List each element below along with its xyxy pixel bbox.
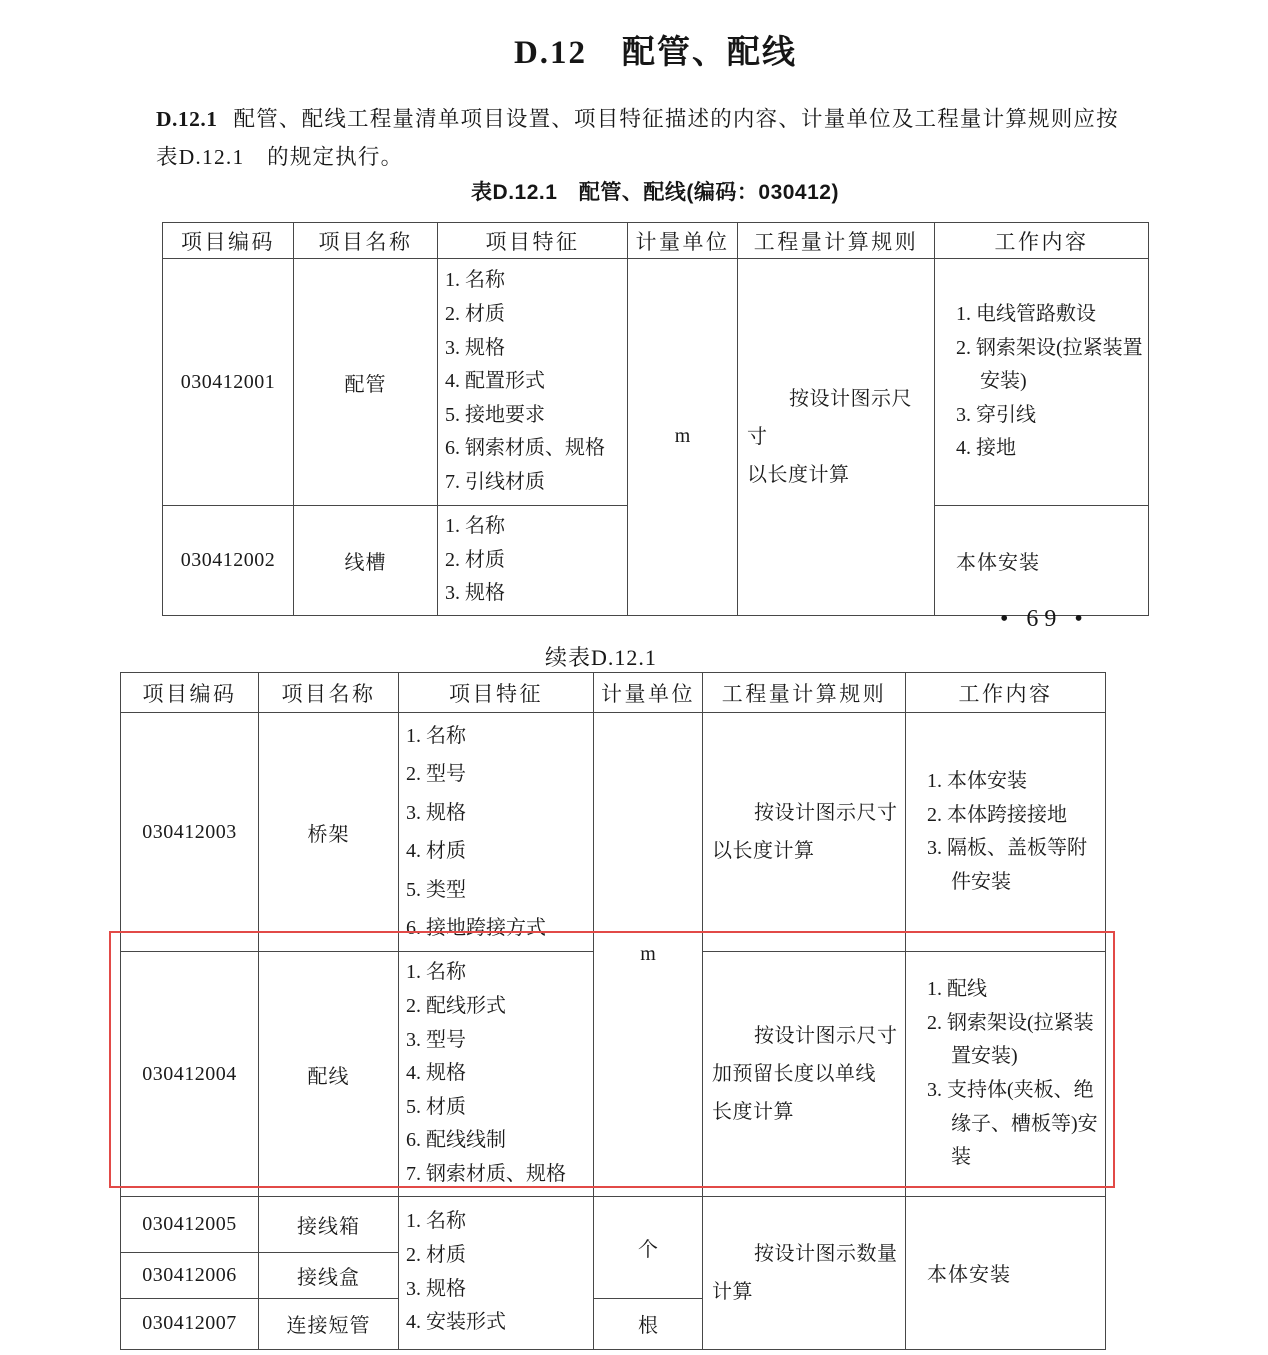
table1-header-row: 项目编码 项目名称 项目特征 计量单位 工程量计算规则 工作内容 bbox=[163, 223, 1149, 259]
col-header-project-features: 项目特征 bbox=[438, 223, 628, 259]
table1-caption: 表D.12.1 配管、配线(编码：030412) bbox=[162, 176, 1148, 206]
list-item: 3. 隔板、盖板等附件安装 bbox=[927, 832, 1103, 899]
page-title: D.12 配管、配线 bbox=[158, 26, 1153, 73]
list-item: 5. 类型 bbox=[406, 871, 591, 909]
cell-unit: 根 bbox=[594, 1298, 703, 1349]
cell-project-features: 1. 名称2. 材质3. 规格 bbox=[438, 506, 628, 616]
list-item: 6. 接地跨接方式 bbox=[406, 909, 591, 947]
list-item: 7. 钢索材质、规格 bbox=[406, 1158, 591, 1192]
cell-project-name: 连接短管 bbox=[259, 1298, 399, 1349]
calc-rule-text: 按设计图示尺寸 以长度计算 bbox=[738, 380, 934, 494]
cell-project-name: 配线 bbox=[259, 952, 399, 1196]
col-header-project-name: 项目名称 bbox=[294, 223, 438, 259]
col-header-project-code: 项目编码 bbox=[121, 673, 259, 713]
list-item: 3. 规格 bbox=[406, 794, 591, 832]
cell-project-code: 030412001 bbox=[163, 259, 294, 506]
list-item: 2. 钢索架设(拉紧装置安装) bbox=[927, 1007, 1103, 1074]
list-item: 2. 材质 bbox=[445, 544, 625, 578]
list-item: 3. 规格 bbox=[445, 332, 625, 366]
list-item: 4. 规格 bbox=[406, 1057, 591, 1091]
cell-calc-rule: 按设计图示尺寸 以长度计算 bbox=[703, 713, 906, 952]
list-item: 2. 材质 bbox=[406, 1239, 591, 1273]
features-list: 1. 名称2. 配线形式3. 型号4. 规格5. 材质6. 配线线制7. 钢索材… bbox=[399, 952, 593, 1195]
cell-calc-rule: 按设计图示数量 计算 bbox=[703, 1196, 906, 1349]
table1-row-030412001: 030412001 配管 1. 名称2. 材质3. 规格4. 配置形式5. 接地… bbox=[163, 259, 1149, 506]
cell-project-features: 1. 名称2. 配线形式3. 型号4. 规格5. 材质6. 配线线制7. 钢索材… bbox=[399, 952, 594, 1196]
work-list: 1. 本体安装2. 本体跨接接地3. 隔板、盖板等附件安装 bbox=[906, 761, 1105, 903]
cell-unit: m bbox=[628, 259, 738, 616]
list-item: 3. 穿引线 bbox=[956, 399, 1146, 433]
work-list: 1. 电线管路敷设2. 钢索架设(拉紧装置安装)3. 穿引线4. 接地 bbox=[935, 294, 1148, 470]
list-item: 1. 配线 bbox=[927, 973, 1103, 1007]
list-item: 2. 本体跨接接地 bbox=[927, 799, 1103, 833]
list-item: 3. 规格 bbox=[406, 1273, 591, 1307]
table-peiguan-peixian-continued: 项目编码 项目名称 项目特征 计量单位 工程量计算规则 工作内容 0304120… bbox=[120, 672, 1106, 1350]
cell-calc-rule: 按设计图示尺寸 以长度计算 bbox=[738, 259, 935, 616]
list-item: 5. 材质 bbox=[406, 1091, 591, 1125]
page-number: • 69 • bbox=[1000, 606, 1150, 633]
cell-project-code: 030412003 bbox=[121, 713, 259, 952]
col-header-work-content: 工作内容 bbox=[935, 223, 1149, 259]
cell-calc-rule: 按设计图示尺寸 加预留长度以单线 长度计算 bbox=[703, 952, 906, 1196]
cell-project-code: 030412006 bbox=[121, 1252, 259, 1298]
clause-number: D.12.1 bbox=[156, 107, 218, 131]
list-item: 1. 名称 bbox=[445, 264, 625, 298]
features-list: 1. 名称2. 材质3. 规格 bbox=[438, 506, 627, 615]
cell-work-content: 本体安装 bbox=[935, 506, 1149, 616]
cell-project-name: 接线箱 bbox=[259, 1196, 399, 1252]
list-item: 2. 钢索架设(拉紧装置安装) bbox=[956, 332, 1146, 399]
table-peiguan-peixian: 项目编码 项目名称 项目特征 计量单位 工程量计算规则 工作内容 0304120… bbox=[162, 222, 1149, 616]
list-item: 1. 名称 bbox=[445, 510, 625, 544]
features-list: 1. 名称2. 材质3. 规格4. 安装形式 bbox=[399, 1201, 593, 1343]
clause-paragraph: D.12.1配管、配线工程量清单项目设置、项目特征描述的内容、计量单位及工程量计… bbox=[156, 100, 1153, 176]
table2-header-row: 项目编码 项目名称 项目特征 计量单位 工程量计算规则 工作内容 bbox=[121, 673, 1106, 713]
table2-caption: 续表D.12.1 bbox=[545, 641, 657, 672]
cell-unit: m bbox=[594, 713, 703, 1197]
cell-project-name: 桥架 bbox=[259, 713, 399, 952]
col-header-project-features: 项目特征 bbox=[399, 673, 594, 713]
calc-rule-text: 按设计图示尺寸 以长度计算 bbox=[703, 794, 905, 870]
cell-project-name: 线槽 bbox=[294, 506, 438, 616]
list-item: 1. 名称 bbox=[406, 717, 591, 755]
cell-unit: 个 bbox=[594, 1196, 703, 1298]
calc-rule-text: 按设计图示数量 计算 bbox=[703, 1235, 905, 1311]
list-item: 4. 材质 bbox=[406, 832, 591, 870]
col-header-calc-rule: 工程量计算规则 bbox=[703, 673, 906, 713]
work-list: 1. 配线2. 钢索架设(拉紧装置安装)3. 支持体(夹板、绝缘子、槽板等)安装 bbox=[906, 969, 1105, 1179]
list-item: 6. 钢索材质、规格 bbox=[445, 432, 625, 466]
clause-text: 配管、配线工程量清单项目设置、项目特征描述的内容、计量单位及工程量计算规则应按 … bbox=[156, 107, 1119, 169]
list-item: 1. 名称 bbox=[406, 1205, 591, 1239]
list-item: 4. 接地 bbox=[956, 432, 1146, 466]
list-item: 3. 型号 bbox=[406, 1024, 591, 1058]
cell-project-code: 030412004 bbox=[121, 952, 259, 1196]
cell-work-content: 本体安装 bbox=[906, 1196, 1106, 1349]
list-item: 5. 接地要求 bbox=[445, 399, 625, 433]
list-item: 3. 规格 bbox=[445, 577, 625, 611]
col-header-work-content: 工作内容 bbox=[906, 673, 1106, 713]
list-item: 7. 引线材质 bbox=[445, 466, 625, 500]
col-header-project-code: 项目编码 bbox=[163, 223, 294, 259]
features-list: 1. 名称2. 型号3. 规格4. 材质5. 类型6. 接地跨接方式 bbox=[399, 713, 593, 951]
list-item: 4. 安装形式 bbox=[406, 1306, 591, 1340]
document-page: D.12 配管、配线 D.12.1配管、配线工程量清单项目设置、项目特征描述的内… bbox=[0, 0, 1268, 1355]
col-header-project-name: 项目名称 bbox=[259, 673, 399, 713]
features-list: 1. 名称2. 材质3. 规格4. 配置形式5. 接地要求6. 钢索材质、规格7… bbox=[438, 260, 627, 503]
cell-work-content: 1. 本体安装2. 本体跨接接地3. 隔板、盖板等附件安装 bbox=[906, 713, 1106, 952]
cell-project-code: 030412002 bbox=[163, 506, 294, 616]
cell-project-code: 030412005 bbox=[121, 1196, 259, 1252]
list-item: 1. 本体安装 bbox=[927, 765, 1103, 799]
table2-row-030412003: 030412003 桥架 1. 名称2. 型号3. 规格4. 材质5. 类型6.… bbox=[121, 713, 1106, 952]
list-item: 1. 名称 bbox=[406, 956, 591, 990]
list-item: 2. 型号 bbox=[406, 755, 591, 793]
cell-work-content: 1. 配线2. 钢索架设(拉紧装置安装)3. 支持体(夹板、绝缘子、槽板等)安装 bbox=[906, 952, 1106, 1196]
cell-project-features: 1. 名称2. 材质3. 规格4. 安装形式 bbox=[399, 1196, 594, 1349]
cell-project-name: 配管 bbox=[294, 259, 438, 506]
col-header-unit: 计量单位 bbox=[594, 673, 703, 713]
cell-project-features: 1. 名称2. 型号3. 规格4. 材质5. 类型6. 接地跨接方式 bbox=[399, 713, 594, 952]
cell-project-name: 接线盒 bbox=[259, 1252, 399, 1298]
cell-project-features: 1. 名称2. 材质3. 规格4. 配置形式5. 接地要求6. 钢索材质、规格7… bbox=[438, 259, 628, 506]
col-header-calc-rule: 工程量计算规则 bbox=[738, 223, 935, 259]
col-header-unit: 计量单位 bbox=[628, 223, 738, 259]
calc-rule-text: 按设计图示尺寸 加预留长度以单线 长度计算 bbox=[703, 1017, 905, 1131]
table2-row-030412005: 030412005 接线箱 1. 名称2. 材质3. 规格4. 安装形式 个 按… bbox=[121, 1196, 1106, 1252]
cell-work-content: 1. 电线管路敷设2. 钢索架设(拉紧装置安装)3. 穿引线4. 接地 bbox=[935, 259, 1149, 506]
list-item: 1. 电线管路敷设 bbox=[956, 298, 1146, 332]
list-item: 3. 支持体(夹板、绝缘子、槽板等)安装 bbox=[927, 1074, 1103, 1175]
cell-project-code: 030412007 bbox=[121, 1298, 259, 1349]
list-item: 2. 材质 bbox=[445, 298, 625, 332]
list-item: 6. 配线线制 bbox=[406, 1124, 591, 1158]
list-item: 2. 配线形式 bbox=[406, 990, 591, 1024]
list-item: 4. 配置形式 bbox=[445, 365, 625, 399]
